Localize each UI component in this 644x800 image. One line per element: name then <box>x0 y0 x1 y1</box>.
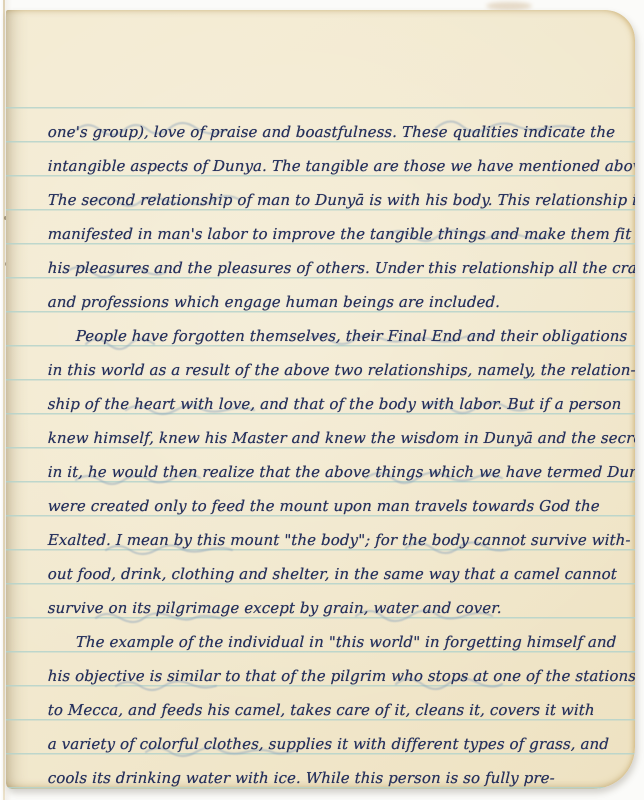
handwriting-line: in it, he would then realize that the ab… <box>47 451 625 481</box>
underlying-page-edge <box>3 0 5 800</box>
handwriting-line: out food, drink, clothing and shelter, i… <box>47 553 625 583</box>
handwriting-line: manifested in man's labor to improve the… <box>47 213 625 243</box>
handwriting: one's group), love of praise and boastfu… <box>6 10 635 789</box>
handwriting-line: The example of the individual in "this w… <box>47 621 625 651</box>
paper-smudge <box>486 2 532 10</box>
handwriting-line: knew himself, knew his Master and knew t… <box>47 417 625 447</box>
handwriting-line: intangible aspects of Dunya. The tangibl… <box>47 145 625 175</box>
handwriting-line: Exalted. I mean by this mount "the body"… <box>47 519 625 549</box>
handwriting-line: a variety of colorful clothes, supplies … <box>47 723 625 753</box>
handwriting-line: one's group), love of praise and boastfu… <box>47 111 625 141</box>
handwriting-line: survive on its pilgrimage except by grai… <box>47 587 625 617</box>
handwriting-line: in this world as a result of the above t… <box>47 349 625 379</box>
handwriting-line: his pleasures and the pleasures of other… <box>47 247 625 277</box>
notebook-page: one's group), love of praise and boastfu… <box>6 10 635 789</box>
scanner-background: one's group), love of praise and boastfu… <box>0 0 644 800</box>
handwriting-line: ship of the heart with love, and that of… <box>47 383 625 413</box>
handwriting-line: cools its drinking water with ice. While… <box>47 757 625 787</box>
handwriting-line: and professions which engage human being… <box>47 281 625 311</box>
handwriting-line: to Mecca, and feeds his camel, takes car… <box>47 689 625 719</box>
handwriting-line: his objective is similar to that of the … <box>47 655 625 685</box>
handwriting-line: People have forgotten themselves, their … <box>47 315 625 345</box>
handwriting-line: were created only to feed the mount upon… <box>47 485 625 515</box>
handwriting-line: The second relationship of man to Dunyā … <box>47 179 625 209</box>
